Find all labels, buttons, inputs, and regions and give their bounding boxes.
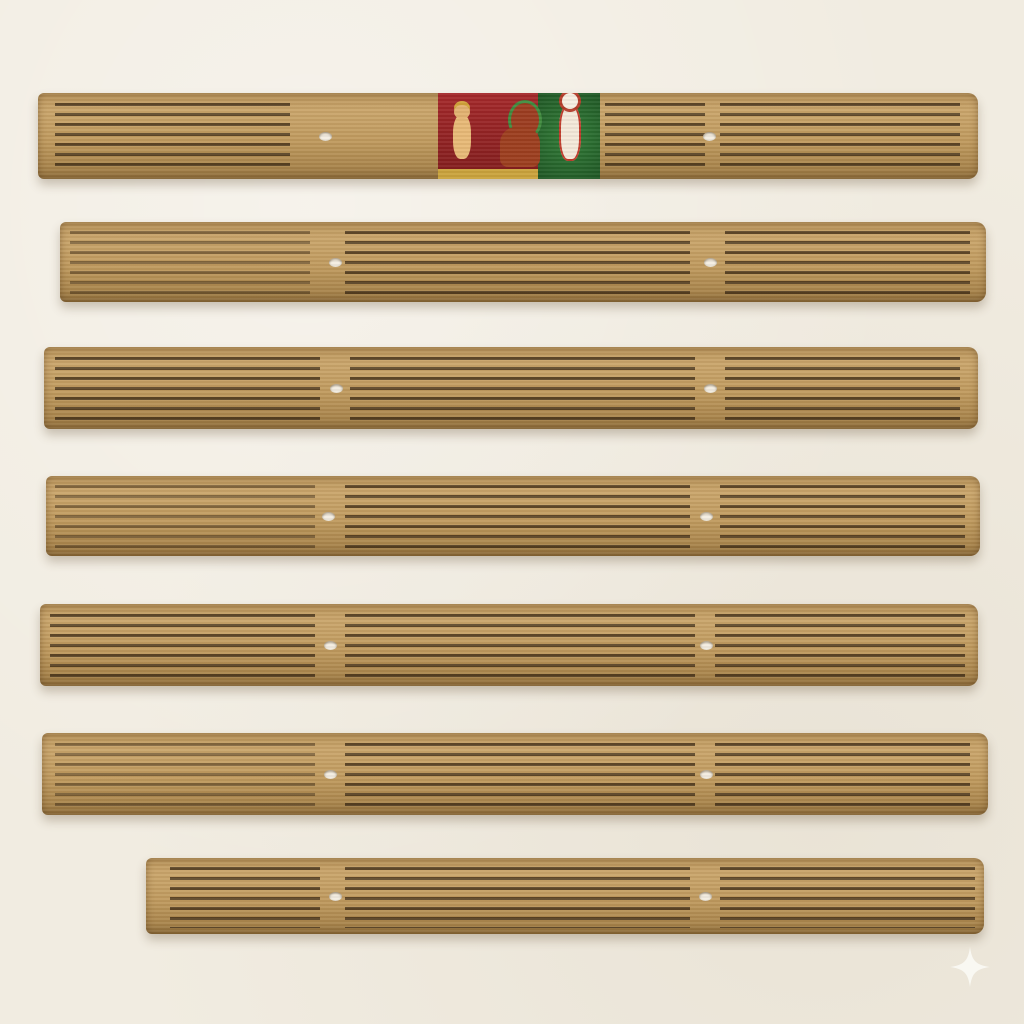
binding-hole	[700, 770, 713, 779]
script-text-column	[725, 354, 960, 423]
binding-hole	[700, 641, 713, 650]
binding-hole	[322, 512, 335, 521]
script-text-column	[350, 354, 695, 423]
binding-hole	[324, 770, 337, 779]
palm-leaf-folio	[38, 93, 978, 179]
script-text-column	[345, 228, 690, 295]
script-text-column	[55, 100, 290, 172]
script-text-column	[720, 864, 975, 928]
script-text-column	[715, 611, 965, 680]
palm-leaf-folio	[42, 733, 988, 815]
palm-leaf-folio	[44, 347, 978, 429]
script-text-column	[345, 482, 690, 549]
binding-hole	[704, 258, 717, 267]
binding-hole	[319, 132, 332, 141]
multi-armed-deity-figure	[559, 105, 581, 161]
script-text-column	[50, 611, 315, 680]
binding-hole	[700, 512, 713, 521]
binding-hole	[330, 384, 343, 393]
haloed-monk-figure	[500, 127, 540, 167]
binding-hole	[329, 892, 342, 901]
script-text-column	[720, 100, 960, 172]
script-text-column	[725, 228, 970, 295]
script-text-column	[715, 740, 970, 809]
palm-leaf-folio	[60, 222, 986, 302]
throne-base	[438, 169, 538, 179]
seated-devotee-figure	[453, 115, 471, 159]
binding-hole	[704, 384, 717, 393]
palm-leaf-folio	[40, 604, 978, 686]
binding-hole	[703, 132, 716, 141]
script-text-column	[605, 100, 705, 172]
palm-leaf-folio	[146, 858, 984, 934]
palm-leaf-folio	[46, 476, 980, 556]
script-text-column	[720, 482, 965, 549]
script-text-column	[55, 740, 315, 809]
script-text-column	[345, 611, 695, 680]
binding-hole	[324, 641, 337, 650]
script-text-column	[70, 228, 310, 295]
binding-hole	[329, 258, 342, 267]
script-text-column	[55, 482, 315, 549]
binding-hole	[699, 892, 712, 901]
script-text-column	[345, 864, 690, 928]
illustrated-miniature-panel	[438, 93, 600, 179]
sparkle-icon	[948, 945, 992, 989]
script-text-column	[345, 740, 695, 809]
script-text-column	[55, 354, 320, 423]
script-text-column	[170, 864, 320, 928]
